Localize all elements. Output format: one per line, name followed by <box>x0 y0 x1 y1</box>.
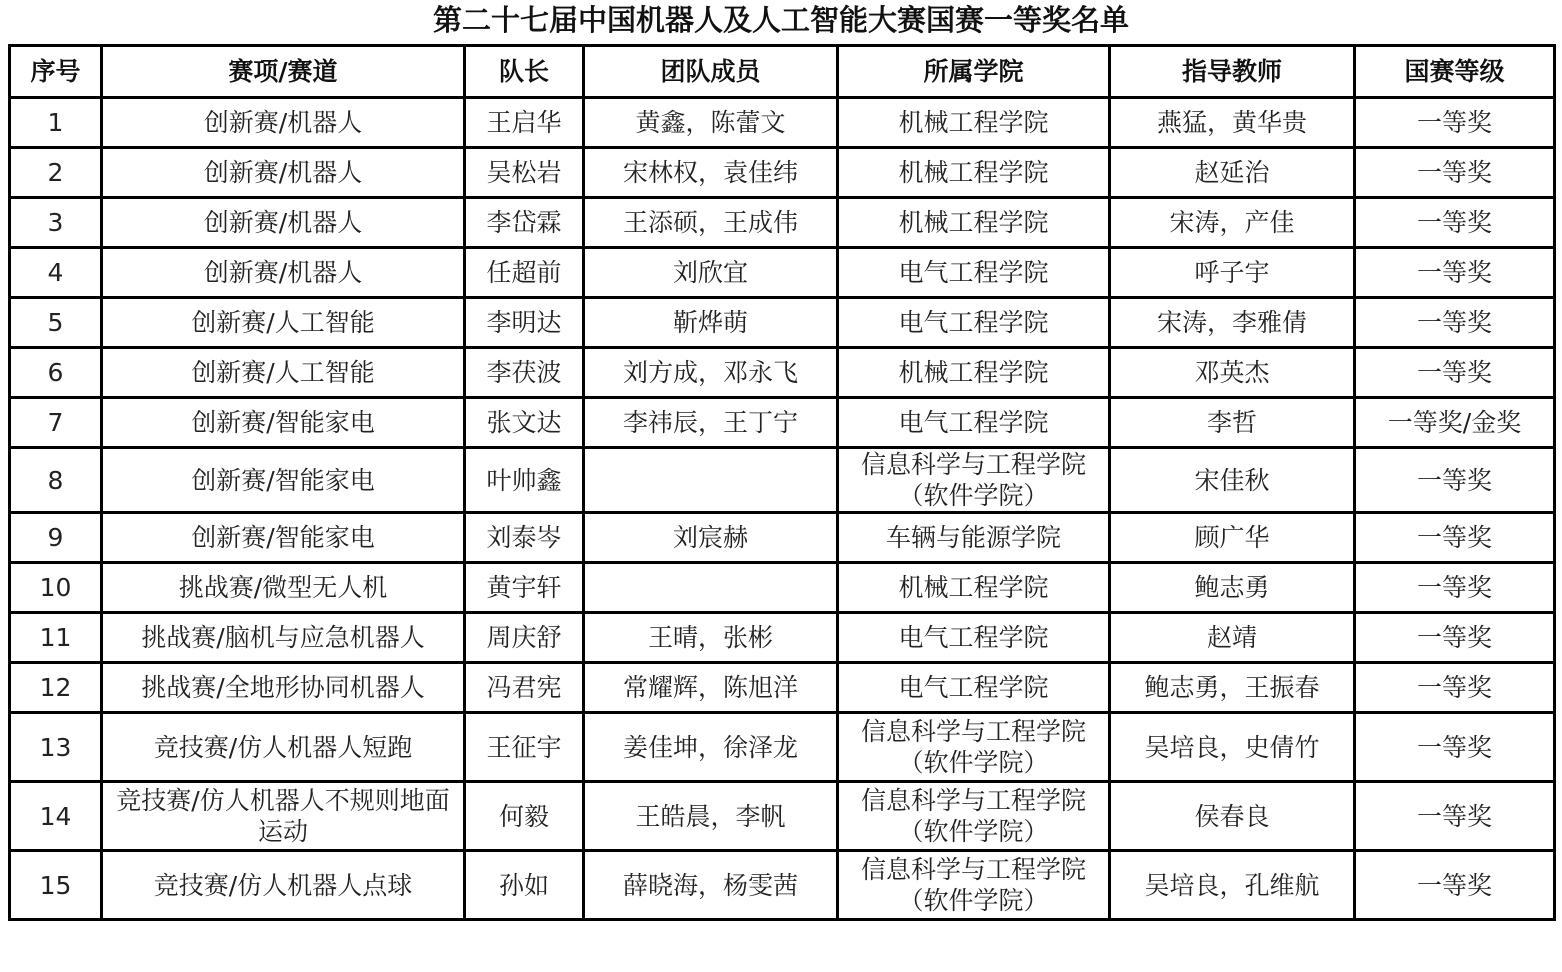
cell-college: 信息科学与工程学院（软件学院） <box>838 448 1110 513</box>
cell-captain: 叶帅鑫 <box>465 448 584 513</box>
cell-advisor: 吴培良，史倩竹 <box>1110 713 1355 782</box>
cell-advisor: 呼子宇 <box>1110 248 1355 298</box>
cell-index: 13 <box>10 713 102 782</box>
cell-level: 一等奖 <box>1355 148 1555 198</box>
cell-track: 竞技赛/仿人机器人短跑 <box>102 713 465 782</box>
table-row: 4 创新赛/机器人 任超前 刘欣宜 电气工程学院 呼子宇 一等奖 <box>10 248 1555 298</box>
table-row: 12 挑战赛/全地形协同机器人 冯君宪 常耀辉，陈旭洋 电气工程学院 鲍志勇，王… <box>10 663 1555 713</box>
header-advisor: 指导教师 <box>1110 46 1355 98</box>
cell-members: 王晴，张彬 <box>584 613 838 663</box>
cell-members: 薛晓海，杨雯茜 <box>584 851 838 920</box>
cell-college: 信息科学与工程学院（软件学院） <box>838 713 1110 782</box>
award-table: 序号 赛项/赛道 队长 团队成员 所属学院 指导教师 国赛等级 1 创新赛/机器… <box>8 44 1556 921</box>
cell-track: 挑战赛/脑机与应急机器人 <box>102 613 465 663</box>
cell-track: 创新赛/机器人 <box>102 248 465 298</box>
cell-track: 创新赛/人工智能 <box>102 298 465 348</box>
cell-level: 一等奖 <box>1355 663 1555 713</box>
cell-college: 机械工程学院 <box>838 98 1110 148</box>
cell-college: 车辆与能源学院 <box>838 513 1110 563</box>
cell-members: 李祎辰，王丁宁 <box>584 398 838 448</box>
cell-track: 竞技赛/仿人机器人不规则地面运动 <box>102 782 465 851</box>
cell-college: 电气工程学院 <box>838 298 1110 348</box>
header-level: 国赛等级 <box>1355 46 1555 98</box>
cell-track: 创新赛/智能家电 <box>102 513 465 563</box>
cell-members: 常耀辉，陈旭洋 <box>584 663 838 713</box>
cell-college: 电气工程学院 <box>838 398 1110 448</box>
cell-level: 一等奖 <box>1355 513 1555 563</box>
cell-level: 一等奖 <box>1355 198 1555 248</box>
cell-index: 9 <box>10 513 102 563</box>
cell-advisor: 燕猛，黄华贵 <box>1110 98 1355 148</box>
cell-track: 创新赛/人工智能 <box>102 348 465 398</box>
cell-members: 姜佳坤，徐泽龙 <box>584 713 838 782</box>
cell-level: 一等奖 <box>1355 348 1555 398</box>
cell-advisor: 李哲 <box>1110 398 1355 448</box>
table-row: 11 挑战赛/脑机与应急机器人 周庆舒 王晴，张彬 电气工程学院 赵靖 一等奖 <box>10 613 1555 663</box>
cell-captain: 王启华 <box>465 98 584 148</box>
cell-members: 刘方成，邓永飞 <box>584 348 838 398</box>
cell-track: 创新赛/智能家电 <box>102 448 465 513</box>
cell-college: 机械工程学院 <box>838 563 1110 613</box>
cell-advisor: 鲍志勇 <box>1110 563 1355 613</box>
table-row: 10 挑战赛/微型无人机 黄宇轩 机械工程学院 鲍志勇 一等奖 <box>10 563 1555 613</box>
cell-members: 黄鑫，陈蕾文 <box>584 98 838 148</box>
cell-members: 王皓晨，李帆 <box>584 782 838 851</box>
cell-index: 10 <box>10 563 102 613</box>
header-track: 赛项/赛道 <box>102 46 465 98</box>
cell-track: 竞技赛/仿人机器人点球 <box>102 851 465 920</box>
header-members: 团队成员 <box>584 46 838 98</box>
header-index: 序号 <box>10 46 102 98</box>
cell-level: 一等奖/金奖 <box>1355 398 1555 448</box>
cell-index: 8 <box>10 448 102 513</box>
cell-captain: 冯君宪 <box>465 663 584 713</box>
cell-level: 一等奖 <box>1355 713 1555 782</box>
cell-index: 6 <box>10 348 102 398</box>
cell-captain: 孙如 <box>465 851 584 920</box>
cell-members: 靳烨萌 <box>584 298 838 348</box>
cell-college: 机械工程学院 <box>838 198 1110 248</box>
cell-captain: 何毅 <box>465 782 584 851</box>
cell-captain: 李岱霖 <box>465 198 584 248</box>
cell-index: 7 <box>10 398 102 448</box>
header-college: 所属学院 <box>838 46 1110 98</box>
cell-members: 刘宸赫 <box>584 513 838 563</box>
cell-captain: 张文达 <box>465 398 584 448</box>
table-row: 2 创新赛/机器人 吴松岩 宋林权，袁佳纬 机械工程学院 赵延治 一等奖 <box>10 148 1555 198</box>
cell-track: 挑战赛/全地形协同机器人 <box>102 663 465 713</box>
cell-index: 4 <box>10 248 102 298</box>
document-title: 第二十七届中国机器人及人工智能大赛国赛一等奖名单 <box>0 0 1562 44</box>
cell-advisor: 赵延治 <box>1110 148 1355 198</box>
cell-college: 电气工程学院 <box>838 663 1110 713</box>
cell-track: 创新赛/机器人 <box>102 148 465 198</box>
cell-advisor: 吴培良，孔维航 <box>1110 851 1355 920</box>
cell-track: 挑战赛/微型无人机 <box>102 563 465 613</box>
cell-college: 信息科学与工程学院（软件学院） <box>838 782 1110 851</box>
table-row: 15 竞技赛/仿人机器人点球 孙如 薛晓海，杨雯茜 信息科学与工程学院（软件学院… <box>10 851 1555 920</box>
header-captain: 队长 <box>465 46 584 98</box>
table-row: 8 创新赛/智能家电 叶帅鑫 信息科学与工程学院（软件学院） 宋佳秋 一等奖 <box>10 448 1555 513</box>
table-row: 1 创新赛/机器人 王启华 黄鑫，陈蕾文 机械工程学院 燕猛，黄华贵 一等奖 <box>10 98 1555 148</box>
cell-advisor: 侯春良 <box>1110 782 1355 851</box>
cell-college: 信息科学与工程学院（软件学院） <box>838 851 1110 920</box>
cell-advisor: 顾广华 <box>1110 513 1355 563</box>
cell-advisor: 鲍志勇，王振春 <box>1110 663 1355 713</box>
cell-advisor: 赵靖 <box>1110 613 1355 663</box>
cell-captain: 王征宇 <box>465 713 584 782</box>
cell-captain: 李茯波 <box>465 348 584 398</box>
table-row: 3 创新赛/机器人 李岱霖 王添硕，王成伟 机械工程学院 宋涛，产佳 一等奖 <box>10 198 1555 248</box>
cell-track: 创新赛/机器人 <box>102 198 465 248</box>
cell-advisor: 宋涛，李雅倩 <box>1110 298 1355 348</box>
cell-members: 刘欣宜 <box>584 248 838 298</box>
cell-college: 机械工程学院 <box>838 348 1110 398</box>
table-row: 13 竞技赛/仿人机器人短跑 王征宇 姜佳坤，徐泽龙 信息科学与工程学院（软件学… <box>10 713 1555 782</box>
table-row: 5 创新赛/人工智能 李明达 靳烨萌 电气工程学院 宋涛，李雅倩 一等奖 <box>10 298 1555 348</box>
cell-captain: 黄宇轩 <box>465 563 584 613</box>
cell-track: 创新赛/机器人 <box>102 98 465 148</box>
cell-index: 3 <box>10 198 102 248</box>
cell-index: 2 <box>10 148 102 198</box>
cell-level: 一等奖 <box>1355 782 1555 851</box>
cell-college: 机械工程学院 <box>838 148 1110 198</box>
cell-level: 一等奖 <box>1355 613 1555 663</box>
cell-members <box>584 563 838 613</box>
table-row: 14 竞技赛/仿人机器人不规则地面运动 何毅 王皓晨，李帆 信息科学与工程学院（… <box>10 782 1555 851</box>
cell-college: 电气工程学院 <box>838 613 1110 663</box>
cell-captain: 任超前 <box>465 248 584 298</box>
cell-level: 一等奖 <box>1355 298 1555 348</box>
cell-captain: 刘泰岑 <box>465 513 584 563</box>
cell-members <box>584 448 838 513</box>
cell-level: 一等奖 <box>1355 851 1555 920</box>
cell-index: 11 <box>10 613 102 663</box>
cell-track: 创新赛/智能家电 <box>102 398 465 448</box>
cell-advisor: 宋涛，产佳 <box>1110 198 1355 248</box>
cell-level: 一等奖 <box>1355 248 1555 298</box>
table-row: 9 创新赛/智能家电 刘泰岑 刘宸赫 车辆与能源学院 顾广华 一等奖 <box>10 513 1555 563</box>
cell-index: 1 <box>10 98 102 148</box>
cell-college: 电气工程学院 <box>838 248 1110 298</box>
cell-members: 王添硕，王成伟 <box>584 198 838 248</box>
cell-index: 12 <box>10 663 102 713</box>
table-row: 6 创新赛/人工智能 李茯波 刘方成，邓永飞 机械工程学院 邓英杰 一等奖 <box>10 348 1555 398</box>
cell-captain: 周庆舒 <box>465 613 584 663</box>
cell-index: 14 <box>10 782 102 851</box>
cell-index: 15 <box>10 851 102 920</box>
cell-level: 一等奖 <box>1355 448 1555 513</box>
cell-level: 一等奖 <box>1355 563 1555 613</box>
cell-level: 一等奖 <box>1355 98 1555 148</box>
table-header-row: 序号 赛项/赛道 队长 团队成员 所属学院 指导教师 国赛等级 <box>10 46 1555 98</box>
cell-advisor: 宋佳秋 <box>1110 448 1355 513</box>
cell-captain: 吴松岩 <box>465 148 584 198</box>
cell-advisor: 邓英杰 <box>1110 348 1355 398</box>
cell-members: 宋林权，袁佳纬 <box>584 148 838 198</box>
cell-captain: 李明达 <box>465 298 584 348</box>
table-row: 7 创新赛/智能家电 张文达 李祎辰，王丁宁 电气工程学院 李哲 一等奖/金奖 <box>10 398 1555 448</box>
cell-index: 5 <box>10 298 102 348</box>
